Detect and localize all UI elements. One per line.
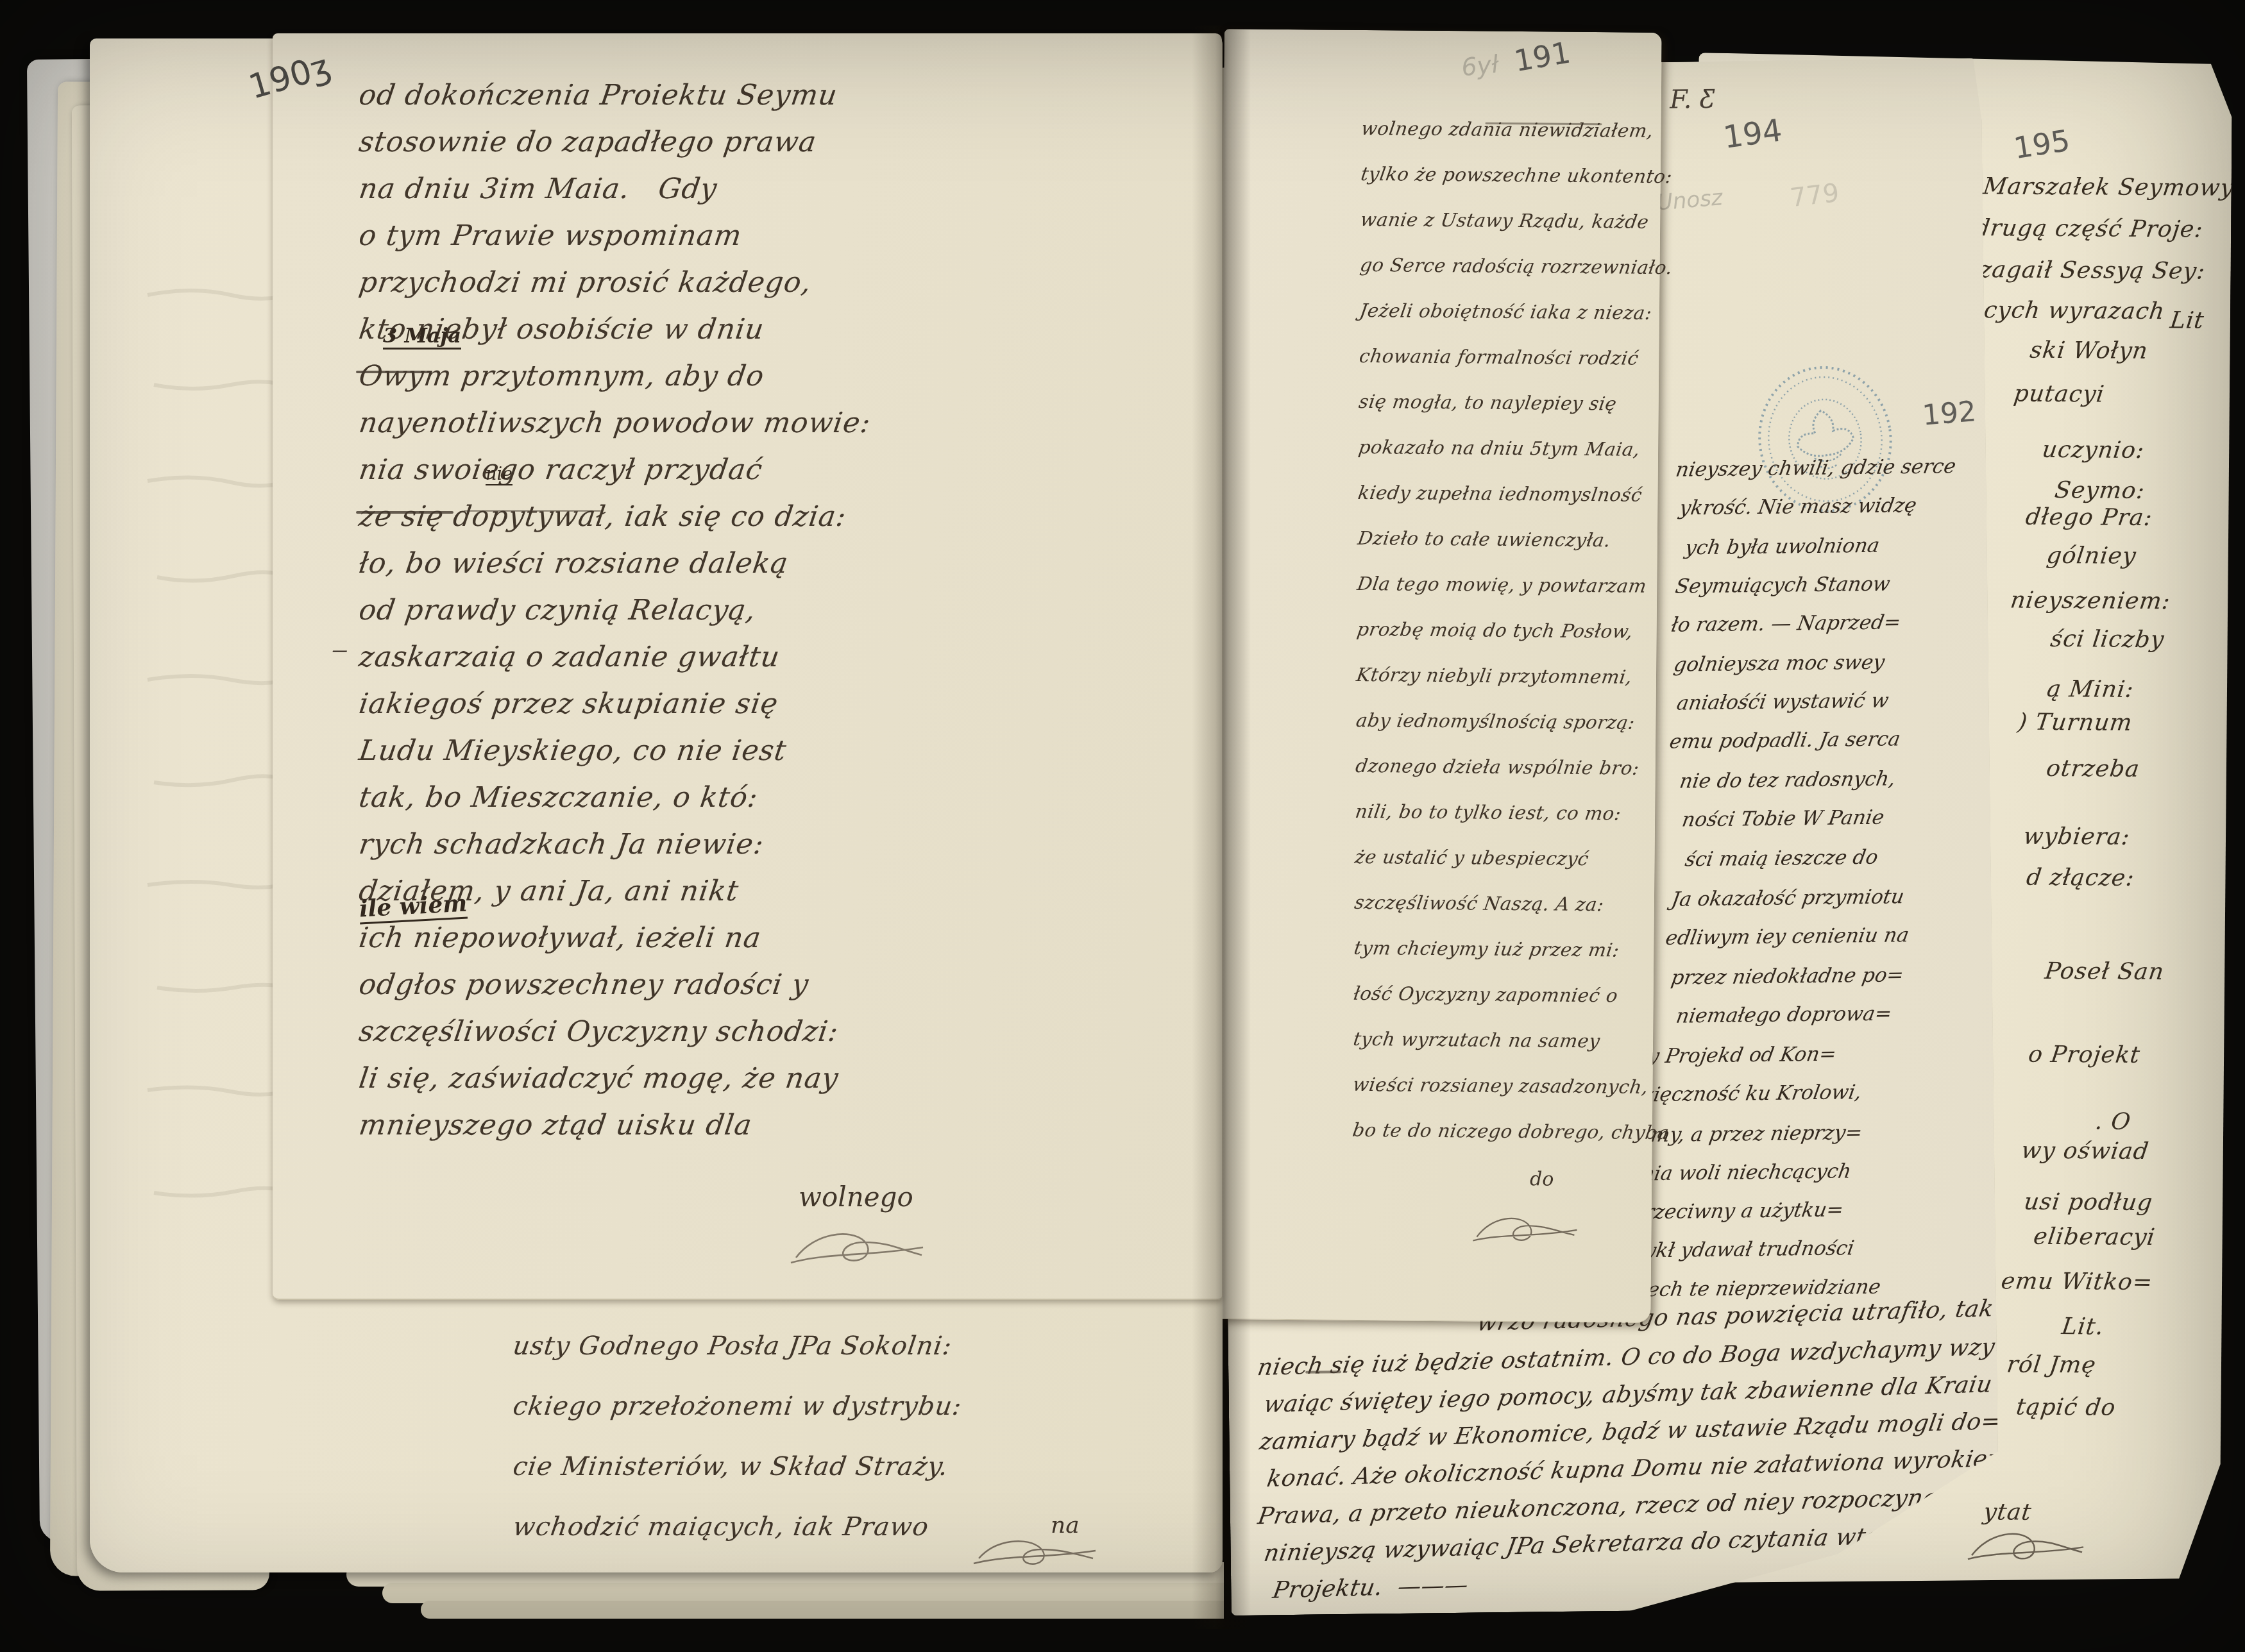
manuscript-text-line: zaskarzaią o zadanie gwałtu [356,634,874,680]
margin-dash: ‒ [332,635,348,664]
manuscript-text-line: Dla tego mowię, y powtarzam [1354,561,1677,609]
ink-flourish [970,1533,1098,1571]
manuscript-text-line: ści maią ieszcze do [1683,846,1879,872]
manuscript-text-line: otrzeba [2045,755,2141,782]
manuscript-text-line: Dzieło to całe uwienczyła. [1355,516,1678,564]
manuscript-text-line: przychodzi mi prosić każdego, [356,259,874,306]
manuscript-text-line: ski Wołyn [2028,337,2149,364]
manuscript-text-line: prozbę moią do tych Posłow, [1353,607,1677,655]
manuscript-text-line: tym chcieymy iuż przez mi: [1351,925,1674,973]
manuscript-text-line: Którzy niebyli przytomnemi, [1353,652,1677,700]
manuscript-text-line: mnieyszego ztąd uisku dla [356,1102,874,1149]
manuscript-text-line: ło, bo wieści rozsiane daleką [356,540,874,587]
manuscript-text-line: o Projekt [2027,1041,2142,1068]
manuscript-text-line: aby iednomyślnością sporzą: [1353,698,1676,746]
ink-flourish [1964,1523,2086,1569]
manuscript-text-line: dnia woli niechcących [1627,1159,1852,1185]
manuscript-text-line: usty Godnego Posła JPa Sokolni: [509,1316,966,1376]
manuscript-text-line: uczynio: [2040,437,2146,464]
manuscript-text-line: cie Ministeriów, w Skład Straży. [509,1437,966,1497]
manuscript-text-line: niemałego doprowa= [1674,1002,1893,1028]
manuscript-text-line: chowania formalności rodzić [1356,333,1679,382]
manuscript-text-line: Seymuiących Stanow [1673,573,1892,598]
manuscript-text-line: li drugą część Proje: [1949,215,2205,243]
insert-nie: nie [486,464,513,485]
manuscript-text-line: że się dopytywał, iak się co dzia: [356,493,874,540]
manuscript-text-line: ytat [1982,1499,2033,1525]
page-number-191: 191 [1512,35,1573,79]
page-number-195: 195 [2012,123,2072,166]
ghost-pencil-number: 779 [1788,178,1840,214]
manuscript-text-line: usi podług [2022,1189,2155,1216]
manuscript-text-line: na dniu 3im Maia. Gdy [356,165,874,212]
manuscript-text-line: ności Tobie W Panie [1681,806,1886,832]
manuscript-text-line: nie do tez radosnych, [1678,767,1897,793]
insert-3-maja: 3 Maja [383,323,461,350]
manuscript-text-line: wanie z Ustawy Rządu, każde [1357,197,1681,245]
strikethrough-owym [356,371,432,373]
manuscript-text-line: ło razem. — Naprzed= [1670,611,1902,636]
manuscript-text-line: rych schadzkach Ja niewie: [356,821,874,868]
manuscript-text-line: Lit [2169,307,2206,333]
manuscript-text-line: go Serce radością rozrzewniało. [1357,242,1680,291]
manuscript-text-line: d złącze: [2025,864,2136,891]
manuscript-text-line: od prawdy czynią Relacyą, [356,587,874,634]
ink-flourish [786,1223,927,1274]
page-number-192: 192 [1921,395,1978,432]
strikethrough-dopytywal [464,510,601,512]
manuscript-text-line: Projektu. ——— [1271,1572,1470,1604]
page-number-194: 194 [1721,112,1784,156]
manuscript-text-line: wieści rozsianey zasadzonych, [1350,1062,1673,1110]
manuscript-text-line: nayenotliwszych powodow mowie: [356,400,874,446]
manuscript-text-line: nia swoiego raczył przydać [356,446,874,493]
manuscript-text-line: gólniey [2045,543,2138,569]
manuscript-text-line: eliberacyi [2032,1224,2157,1251]
manuscript-text-line: tylko że powszechne ukontento: [1358,151,1681,199]
manuscript-text-line: ykrość. Nie masz widzę [1678,494,1919,520]
manuscript-text-line: wchodzić maiących, iak Prawo [509,1497,966,1557]
middle-letter-text: wolnego zdania niewidziałem,tylko że pow… [1353,106,1678,1156]
manuscript-book-scan: 195 Marszałek Seymowyli drugą część Proj… [0,0,2245,1652]
manuscript-text-line: szczęśliwości Oyczyzny schodzi: [356,1008,874,1055]
manuscript-text-line: przez niedokładne po= [1670,963,1906,989]
manuscript-text-line: stosownie do zapadłego prawa [356,119,874,165]
manuscript-text-line: Ludu Mieyskiego, co nie iest [356,727,874,774]
manuscript-text-line: o tym Prawie wspominam [356,212,874,259]
manuscript-text-line: się mogła, to naylepiey się [1355,379,1679,427]
manuscript-text-line: przeciwny a użytku= [1630,1198,1845,1224]
ink-flourish [1470,1209,1580,1249]
manuscript-text-line: ści liczby [2049,626,2165,653]
strikethrough-sie [1305,1370,1341,1374]
closing-word-wolnego: wolnego [799,1181,913,1213]
manuscript-text-line: iakiegoś przez skupianie się [356,680,874,727]
manuscript-text-line: edliwym iey cenieniu na [1664,923,1911,950]
manuscript-text-line: szczęśliwość Naszą. A za: [1351,880,1675,928]
manuscript-text-line: ) Turnum [2016,709,2134,736]
manuscript-text-line: Seymo: [2053,477,2147,504]
catchword-do: do [1530,1168,1554,1190]
manuscript-text-line: . O [2094,1109,2133,1135]
manuscript-text-line: Ja okazałość przymiotu [1670,885,1906,911]
manuscript-text-line: putacyi [2012,381,2106,408]
manuscript-text-line: łość Oyczyzny zapomnieć o [1350,971,1673,1019]
manuscript-text-line: ych była uwolniona [1684,534,1881,560]
manuscript-text-line: od dokończenia Proiektu Seymu [356,72,874,119]
manuscript-text-line: golnieysza moc swey [1672,651,1886,677]
manuscript-text-line: Owym przytomnym, aby do [356,353,874,400]
manuscript-text-line: Lit. [2060,1313,2106,1340]
manuscript-text-line: Poseł San [2044,958,2166,985]
manuscript-text-line: nieyszey chwili, gdzie serce [1674,455,1958,481]
manuscript-text-line: emu Witko= [1999,1268,2154,1295]
manuscript-text-line: bo te do niczego dobrego, chyba [1350,1108,1673,1156]
manuscript-text-line: Niech te nieprzewidziane [1622,1276,1883,1302]
manuscript-text-line: tak, bo Mieszczanie, o któ: [356,774,874,821]
manuscript-text-line: Marszałek Seymowy [1981,173,2235,201]
manuscript-text-line: odgłos powszechney radości y [356,961,874,1008]
manuscript-text-line: ą Mini: [2046,676,2135,703]
manuscript-text-line: tąpić do [2015,1394,2117,1421]
bottom-page-curl-3 [421,1601,1224,1619]
manuscript-text-line: wybiera: [2022,823,2131,850]
manuscript-text-line: emu podpadli. Ja serca [1668,727,1902,753]
manuscript-text-line: wolnego zdania niewidziałem, [1358,106,1681,154]
left-letter-text: od dokończenia Proiektu Seymustosownie d… [359,72,870,1149]
strikethrough-ze-sie [356,511,453,514]
left-overlay-letter-190: 190ʒ od dokończenia Proiektu Seymustosow… [273,33,1222,1300]
manuscript-text-line: li się, zaświadczyć mogę, że nay [356,1055,874,1102]
manuscript-text-line: ról Jmę [2005,1352,2097,1379]
manuscript-text-line: że ustalić y ubespieczyć [1351,834,1675,882]
manuscript-text-line: dłego Pra: [2024,504,2155,531]
manuscript-text-line: tych wyrzutach na samey [1350,1016,1673,1065]
manuscript-text-line: kiedy zupełna iednomyslność [1355,470,1678,518]
manuscript-text-line: pokazało na dniu 5tym Maia, [1355,425,1679,473]
left-page-lower-paragraph: usty Godnego Posła JPa Sokolni:ckiego pr… [513,1316,962,1557]
manuscript-text-line: aniałośći wystawić w [1675,689,1891,715]
manuscript-text-line: dzonego dzieła wspólnie bro: [1352,743,1675,791]
erased-pencil-word: 6ył [1460,50,1500,81]
manuscript-text-line: wykł ydawał trudności [1626,1236,1856,1262]
manuscript-text-line: nieyszeniem: [2009,587,2173,615]
manuscript-text-line: ckiego przełożonemi w dystrybu: [509,1376,966,1437]
manuscript-text-line: ich niepowoływał, ieżeli na [356,914,874,961]
manuscript-text-line: wy oświad [2020,1138,2151,1165]
manuscript-text-line: , zagaił Sessyą Sey: [1961,257,2207,285]
manuscript-text-line: Jeżeli oboiętność iaka z nieza: [1357,288,1680,336]
manuscript-text-line: nili, bo to tylko iest, co mo: [1352,789,1675,837]
middle-overlay-letter-191: 6ył 191 wolnego zdania niewidziałem,tylk… [1213,29,1662,1323]
insert-ile-wiem: ile wiem [359,890,468,925]
